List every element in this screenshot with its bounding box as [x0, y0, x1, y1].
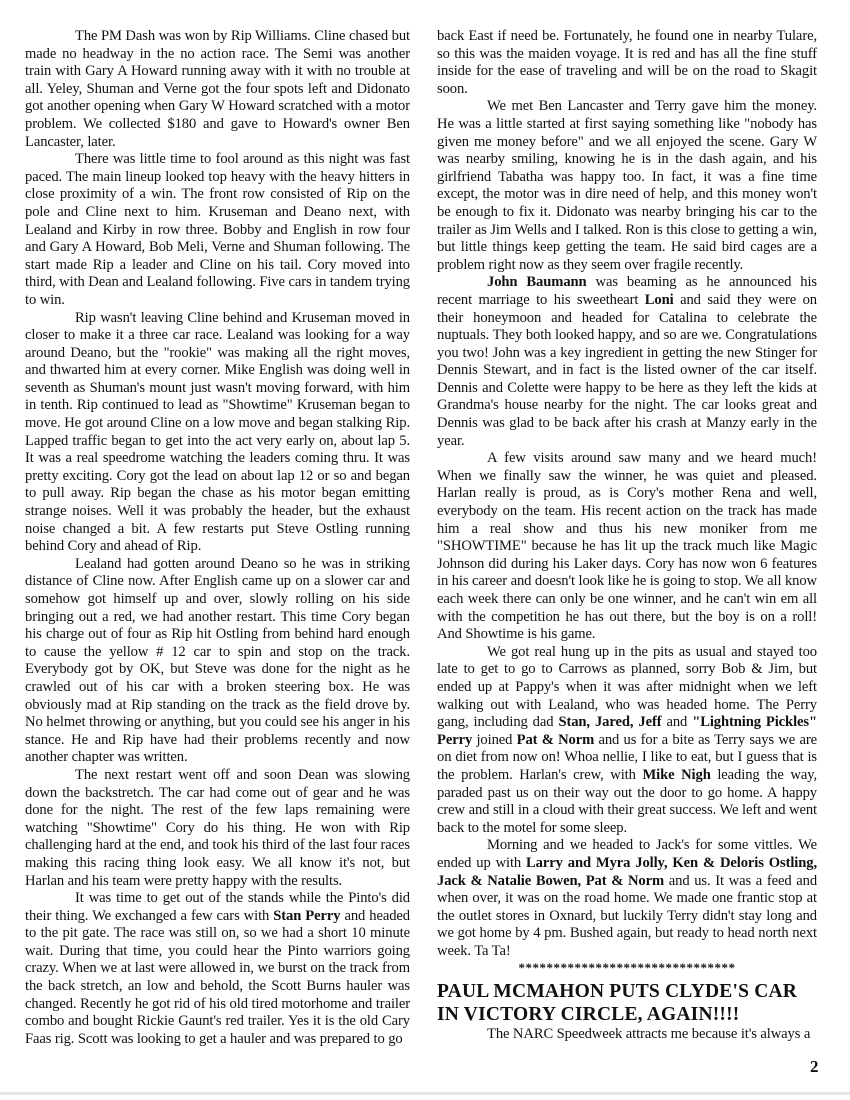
bold-name: Mike Nigh [642, 767, 710, 783]
paragraph-main-lineup: There was little time to fool around as … [25, 151, 410, 309]
paragraph-pits: We got real hung up in the pits as usual… [437, 644, 817, 838]
paragraph-ben-lancaster: We met Ben Lancaster and Terry gave him … [437, 98, 817, 274]
paragraph-pit-gate: It was time to get out of the stands whi… [25, 890, 410, 1048]
bold-name: Stan Perry [273, 908, 340, 924]
newsletter-page: The PM Dash was won by Rip Williams. Cli… [0, 0, 850, 1100]
text: and said they were on their honeymoon an… [437, 292, 817, 449]
paragraph-narc-speedweek: The NARC Speedweek attracts me because i… [437, 1026, 817, 1044]
paragraph-pm-dash: The PM Dash was won by Rip Williams. Cli… [25, 28, 410, 151]
left-column: The PM Dash was won by Rip Williams. Cli… [25, 28, 410, 1048]
paragraph-three-car-race: Rip wasn't leaving Cline behind and Krus… [25, 310, 410, 556]
article-headline: PAUL MCMAHON PUTS CLYDE'S CAR IN VICTORY… [437, 980, 817, 1026]
bold-name: Stan, Jared, Jeff [558, 714, 661, 730]
text: and headed to the pit gate. The race was… [25, 908, 410, 1047]
text: and [661, 714, 692, 730]
right-column: back East if need be. Fortunately, he fo… [437, 28, 817, 1044]
bold-name: Loni [645, 292, 674, 308]
bold-name: Pat & Norm [517, 732, 595, 748]
paragraph-showtime-win: The next restart went off and soon Dean … [25, 767, 410, 890]
page-number: 2 [810, 1057, 819, 1077]
paragraph-morning: Morning and we headed to Jack's for some… [437, 837, 817, 960]
text: joined [472, 732, 517, 748]
paragraph-continuation: back East if need be. Fortunately, he fo… [437, 28, 817, 98]
paragraph-visits: A few visits around saw many and we hear… [437, 450, 817, 644]
bold-name: John Baumann [487, 274, 587, 290]
section-separator: ******************************* [437, 960, 817, 977]
scan-edge-divider [0, 1092, 850, 1095]
paragraph-restart: Lealand had gotten around Deano so he wa… [25, 556, 410, 767]
paragraph-john-baumann: John Baumann was beaming as he announced… [437, 274, 817, 450]
